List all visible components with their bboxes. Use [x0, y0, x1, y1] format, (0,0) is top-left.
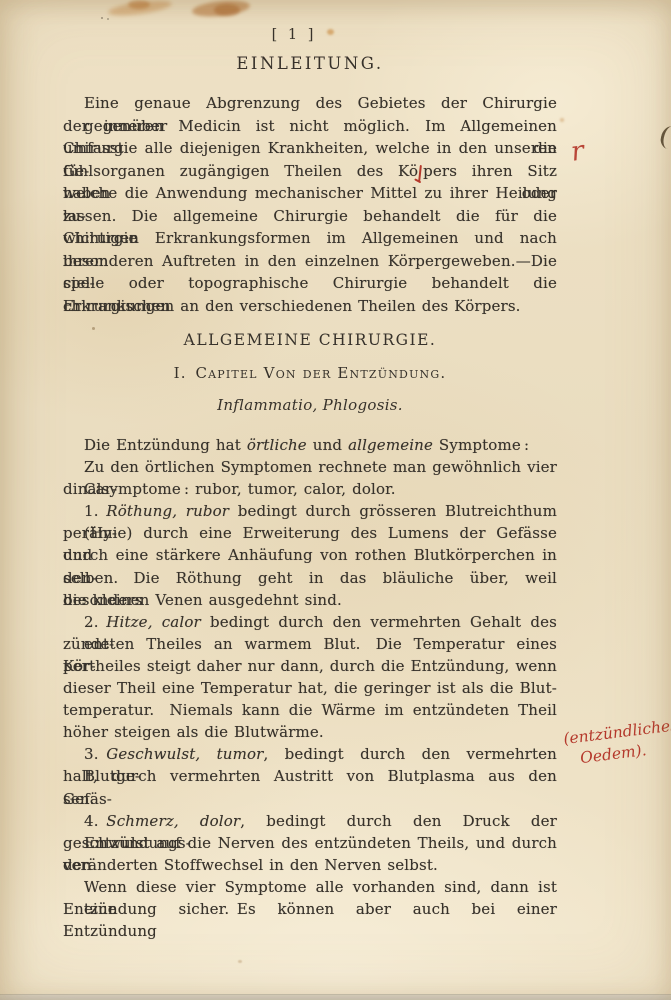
page-title: EINLEITUNG.: [63, 54, 557, 73]
section-heading: ALLGEMEINE CHIRURGIE.: [63, 331, 557, 349]
text-line: perämie) durch eine Erweiterung des Lume…: [63, 522, 557, 544]
text-line: der inneren Medicin ist nicht möglich. I…: [63, 115, 557, 138]
body-text: Die Entzündung hat örtliche und allgemei…: [63, 434, 557, 920]
text-line: zündeten Theiles an warmem Blut. Die Tem…: [63, 633, 557, 655]
text-line: höher steigen als die Blutwärme.: [63, 721, 557, 743]
text-line: temperatur. Niemals kann die Wärme im en…: [63, 699, 557, 721]
text-line: 1. Röthung, rubor bedingt durch grössere…: [63, 500, 557, 522]
fox-speck: [560, 118, 564, 122]
text-line: selben. Die Röthung geht in das bläulich…: [63, 567, 557, 589]
chapter-heading: I. Capitel Von der Entzündung.: [63, 364, 557, 382]
text-line: halt, durch vermehrten Austritt von Blut…: [63, 765, 557, 787]
text-line: Die Entzündung hat örtliche und allgemei…: [63, 434, 557, 456]
text-line: veränderten Stoffwechsel in den Nerven s…: [63, 854, 557, 876]
text-line: Entzündung sicher. Es können aber auch b…: [63, 898, 557, 920]
text-line: Chirurgie alle diejenigen Krankheiten, w…: [63, 137, 557, 160]
text-line: die kleinen Venen ausgedehnt sind.: [63, 589, 557, 611]
page-edge-notch: [659, 125, 671, 151]
text-line: dieser Theil eine Temperatur hat, die ge…: [63, 677, 557, 699]
text-line: besonderen Auftreten in den einzelnen Kö…: [63, 250, 557, 273]
page-number: [ 1 ]: [47, 27, 541, 43]
text-line: Eine genaue Abgrenzung des Gebietes der …: [63, 92, 557, 115]
red-correction-r: r: [569, 135, 586, 167]
text-line: pertheiles steigt daher nur dann, durch …: [63, 655, 557, 677]
text-line: wichtigen Erkrankungsformen im Allgemein…: [63, 227, 557, 250]
text-line: fühlsorganen zugängigen Theilen des Köpe…: [63, 160, 557, 183]
scanned-book-page: [ 1 ] EINLEITUNG. Eine genaue Abgrenzung…: [0, 0, 671, 1000]
text-line: 4. Schmerz, dolor, bedingt durch den Dru…: [63, 810, 557, 832]
text-line: 3. Geschwulst, tumor, bedingt durch den …: [63, 743, 557, 765]
text-line: welche die Anwendung mechanischer Mittel…: [63, 182, 557, 205]
latin-subtitle: Inflammatio, Phlogosis.: [63, 396, 557, 414]
text-line: dinalsymptome : rubor, tumor, calor, dol…: [63, 478, 557, 500]
text-line: 2. Hitze, calor bedingt durch den vermeh…: [63, 611, 557, 633]
text-line: Zu den örtlichen Symptomen rechnete man …: [63, 456, 557, 478]
text-line: Erkrankungen an den verschiedenen Theile…: [63, 295, 557, 318]
red-margin-note: (entzündliches Oedem).: [544, 713, 671, 772]
text-line: Wenn diese vier Symptome alle vorhanden …: [63, 876, 557, 898]
scan-bottom-edge: [0, 994, 671, 1000]
red-insertion-mark: [418, 165, 422, 182]
text-line: lassen. Die allgemeine Chirurgie behande…: [63, 205, 557, 228]
text-line: geschwulst auf die Nerven des entzündete…: [63, 832, 557, 854]
intro-paragraph: Eine genaue Abgrenzung des Gebietes der …: [63, 92, 557, 317]
text-line: durch eine stärkere Anhäufung von rothen…: [63, 544, 557, 566]
text-line: cielle oder topographische Chirurgie beh…: [63, 272, 557, 295]
text-line: sen.: [63, 788, 557, 810]
text-column: [ 1 ] EINLEITUNG. Eine genaue Abgrenzung…: [63, 0, 557, 1000]
